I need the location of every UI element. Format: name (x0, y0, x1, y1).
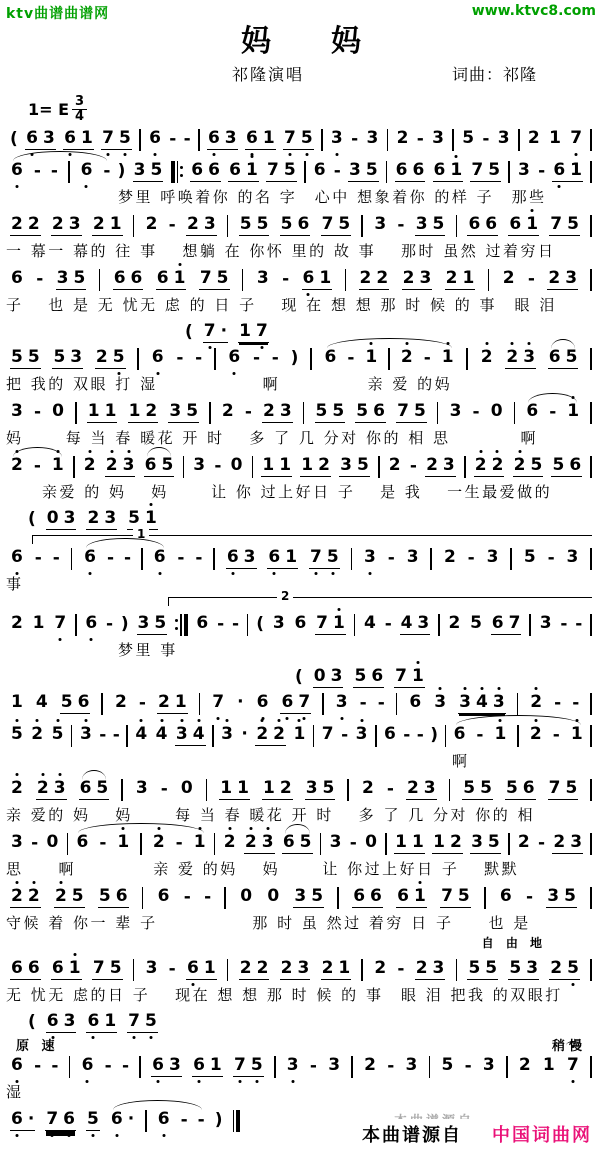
note-digit: 6 (434, 162, 446, 179)
octave-dot-above (534, 719, 537, 722)
note-group: 3 (363, 549, 377, 568)
note-group: 66 (10, 960, 41, 980)
note-digit: 5 (145, 1013, 157, 1030)
barline (452, 129, 454, 151)
note-digit: 3 (432, 130, 444, 147)
note-digit: 0 (46, 834, 58, 851)
note-digit: 7 (550, 216, 562, 233)
barline (252, 456, 254, 478)
barline (247, 614, 249, 636)
duration-dash: - (139, 695, 146, 712)
barline (590, 161, 592, 183)
note-group: 6 (83, 549, 97, 568)
note-digit: 3 (565, 270, 577, 287)
barline (337, 887, 339, 909)
lyrics-row: 湿 (0, 1081, 602, 1102)
note-digit: 5 (552, 457, 564, 474)
note-group: 23 (402, 270, 433, 290)
note-group: 0 (45, 834, 59, 853)
barline (456, 215, 458, 237)
slur-arc: 6-12-1 (75, 833, 206, 855)
note-digit: 3 (419, 270, 431, 287)
note-group: 75 (321, 216, 352, 236)
note-group: 6 (383, 726, 397, 745)
note-group: 6 (84, 615, 98, 634)
barline (590, 725, 592, 747)
note-digit: 6 (152, 1057, 164, 1074)
duration-dash: - (553, 727, 560, 744)
note-group: 75 (396, 403, 427, 423)
note-group: 2 (221, 403, 235, 422)
barline (126, 725, 128, 747)
note-digit: 6 (26, 130, 38, 147)
note-digit: 7 (256, 323, 268, 340)
notes-row: 3-06-12-1223653-01112352-23 (0, 830, 602, 857)
barline (345, 269, 347, 291)
barline (508, 833, 510, 855)
note-group: 65 (144, 457, 175, 477)
note-group: 17 (238, 323, 269, 343)
note-digit: 1 (301, 457, 313, 474)
note-group: 7 (53, 615, 67, 634)
duration-dash: - (272, 350, 279, 367)
duration-dash: - (538, 163, 545, 180)
phrase-paren: ( (28, 1014, 36, 1031)
score-system-1: (6361756--6361753-32-35-3217 (0, 126, 602, 153)
note-digit: 3 (54, 780, 66, 797)
note-digit: 6 (193, 1057, 205, 1074)
octave-dot-above (278, 719, 281, 722)
note-digit: 1 (194, 834, 206, 851)
note-group: 75 (101, 130, 132, 150)
octave-dot-below (575, 153, 578, 156)
note-digit: 1 (210, 1057, 222, 1074)
notes-row: 6-356661753-612223212-23 (0, 266, 602, 293)
note-digit: 2 (444, 549, 456, 566)
note-group: 66 (190, 162, 221, 182)
note-digit: 6 (509, 216, 521, 233)
note-digit: 5 (567, 216, 579, 233)
note-digit: 5 (11, 349, 23, 366)
octave-dot-below (158, 572, 161, 575)
barline (313, 725, 315, 747)
note-group: 2 (400, 349, 414, 368)
note-digit: 5 (462, 130, 474, 147)
note-digit: 2 (518, 834, 530, 851)
note-group: 4 (35, 694, 49, 713)
note-group: 5 (461, 130, 475, 149)
note-digit: 2 (530, 694, 542, 711)
note-group: 7 (566, 1057, 580, 1076)
octave-dot-below (154, 153, 157, 156)
source-row: 本曲谱源自 中国词曲网 (362, 1121, 592, 1147)
note-group: 22 (255, 726, 286, 746)
note-digit: 5 (566, 780, 578, 797)
note-digit: 2 (11, 216, 23, 233)
barline (214, 833, 216, 855)
note-digit: 3 (57, 270, 69, 287)
phrase-paren: ) (215, 1112, 223, 1129)
note-group: · (240, 726, 248, 745)
duration-dash: - (347, 350, 354, 367)
duration-dash: - (51, 1058, 58, 1075)
note-digit: 7 (128, 1013, 140, 1030)
note-digit: 6 (191, 162, 203, 179)
note-digit: 3 (349, 162, 361, 179)
source-site-link[interactable]: 中国词曲网 (492, 1121, 592, 1147)
note-group: 5 (51, 726, 65, 745)
note-group: 2 (373, 960, 387, 979)
repeat-dots (180, 166, 183, 177)
duration-dash: - (465, 1058, 472, 1075)
octave-dot-below (303, 717, 306, 720)
note-group: 2 (396, 130, 410, 149)
repeat-dot (180, 166, 183, 169)
note-group: 56 (98, 888, 129, 908)
note-group: 75 (127, 1013, 158, 1033)
note-digit: 1 (285, 549, 297, 566)
note-digit: 6 (297, 216, 309, 233)
note-group: 2 (480, 349, 494, 368)
barline (183, 456, 185, 478)
note-group: 25 (513, 457, 544, 477)
barline (133, 215, 135, 237)
note-digit: 5 (52, 726, 64, 743)
note-group: 3 (286, 1057, 300, 1076)
note-group: 3 (365, 130, 379, 149)
octave-dot-above (249, 827, 252, 830)
note-group: 3 (272, 615, 286, 634)
barline (209, 402, 211, 424)
barline (590, 348, 592, 370)
note-group: 23 (262, 403, 293, 423)
lyrics-row: 把 我的 双眼 打 湿 啊 亲 爱 的妈 (0, 373, 602, 394)
barline (506, 1056, 508, 1078)
duration-dash: - (99, 727, 106, 744)
octave-dot-below (191, 983, 194, 986)
duration-dash: - (397, 217, 404, 234)
octave-dot-above (56, 450, 59, 453)
barline (212, 725, 214, 747)
lyrics-row: 子 也 是 无 忧无 虑 的 日 子 现 在 想 想 那 时 候 的 事 眼 泪 (0, 294, 602, 315)
octave-dot-above (499, 719, 502, 722)
note-group: 56 (551, 457, 582, 477)
duration-dash: - (476, 727, 483, 744)
note-digit: · (237, 694, 243, 711)
note-digit: 2 (475, 457, 487, 474)
note-digit: 5 (338, 216, 350, 233)
note-digit: 2 (145, 403, 157, 420)
score-system-12: 223653-01112352-23555675亲 爱的 妈 妈 每 当 春 暖… (0, 776, 602, 825)
note-digit: 6 (370, 888, 382, 905)
duration-dash: - (482, 131, 489, 148)
lyrics-row: 啊 (0, 750, 602, 771)
note-group: 67 (280, 694, 311, 714)
note-digit: 6 (145, 457, 157, 474)
octave-dot-above (15, 881, 18, 884)
note-digit: 0 (365, 834, 377, 851)
note-group: 55 (10, 349, 41, 369)
source-label: 本曲谱源自 (362, 1121, 462, 1147)
octave-dot-below (340, 717, 343, 720)
note-group: 75 (233, 1057, 264, 1077)
barline (445, 725, 447, 747)
note-group: 35 (339, 457, 370, 477)
note-digit: 7 (471, 162, 483, 179)
note-group: 1 (193, 834, 207, 853)
note-digit: 0 (267, 888, 279, 905)
notes-row: 6--6-)356661756-356661753-61 (0, 158, 602, 185)
note-group: 3 (355, 726, 369, 745)
octave-dot-above (127, 450, 130, 453)
notes-row: 2225566--00356661756-35 (0, 884, 602, 911)
note-digit: 2 (360, 270, 372, 287)
barline (517, 725, 519, 747)
octave-dot-above (59, 881, 62, 884)
note-digit: 7 (310, 549, 322, 566)
note-digit: 2 (446, 270, 458, 287)
meter-denominator: 4 (72, 110, 87, 124)
octave-dot-below (115, 1134, 118, 1137)
note-group: 1 (292, 726, 306, 745)
note-digit: 1 (239, 323, 251, 340)
octave-dot-above (439, 687, 442, 690)
lyrics-row: 亲爱 的 妈 妈 让 你 过上好日 子 是 我 一生最爱做的 (0, 481, 602, 502)
note-digit: 2 (11, 780, 23, 797)
note-digit: 6 (11, 1057, 23, 1074)
note-digit: 1 (395, 834, 407, 851)
note-digit: 2 (403, 270, 415, 287)
score-system-10: (03567114562-217·6673--633432-- (0, 665, 602, 717)
note-digit: 6 (314, 162, 326, 179)
score-system-7: 2-1223653-01112352-23222556亲爱 的 妈 妈 让 你 … (0, 453, 602, 502)
note-digit: 3 (225, 130, 237, 147)
octave-dot-above (140, 719, 143, 722)
barline (466, 348, 468, 370)
duration-dash: - (198, 1112, 205, 1129)
note-group: 6 (195, 615, 209, 634)
note-digit: 7 (395, 668, 407, 685)
note-digit: 2 (37, 780, 49, 797)
note-digit: 7 (102, 130, 114, 147)
octave-dot-above (511, 342, 514, 345)
duration-dash: - (181, 1112, 188, 1129)
note-group: 3 (10, 403, 24, 422)
note-group: 63 (46, 1013, 77, 1033)
note-group: 2 (152, 834, 166, 853)
note-digit: 5 (311, 888, 323, 905)
note-group: 65 (548, 349, 579, 369)
note-group: 12 (432, 834, 463, 854)
note-digit: 6 (281, 694, 293, 711)
note-group: 61 (396, 888, 427, 908)
note-digit: 6 (80, 780, 92, 797)
note-digit: 3 (459, 694, 471, 711)
note-digit: 4 (364, 615, 376, 632)
duration-dash: - (403, 727, 410, 744)
duration-dash: - (99, 835, 106, 852)
note-digit: 3 (416, 216, 428, 233)
barline (529, 614, 531, 636)
slur-arc: 6-1 (525, 403, 580, 422)
duration-dash: - (107, 550, 114, 567)
note-group: 5 (440, 1057, 454, 1076)
note-digit: 6 (76, 834, 88, 851)
octave-dot-above (464, 687, 467, 690)
note-digit: 1 (365, 349, 377, 366)
note-group: 35 (293, 888, 324, 908)
score-system-15: 6661753-612223212-23555325无 忧无 虑的日 子 现在 … (0, 956, 602, 1005)
note-digit: 3 (64, 1013, 76, 1030)
barline (508, 161, 510, 183)
note-digit: 4 (193, 726, 205, 743)
note-group: 23 (280, 960, 311, 980)
note-group: 66 (467, 216, 498, 236)
note-digit: 1 (543, 1057, 555, 1074)
note-digit: 3 (134, 162, 146, 179)
note-digit: 5 (87, 1111, 99, 1128)
note-digit: 2 (187, 216, 199, 233)
note-group: 0 (230, 457, 244, 476)
note-digit: 6 (384, 726, 396, 743)
note-group: 3 (486, 549, 500, 568)
barline (438, 614, 440, 636)
note-digit: 6 (549, 349, 561, 366)
note-digit: 5 (366, 162, 378, 179)
note-digit: 4 (156, 726, 168, 743)
octave-dot-below (291, 1080, 294, 1083)
duration-dash: - (341, 727, 348, 744)
note-digit: 6 (492, 615, 504, 632)
octave-dot-above (575, 719, 578, 722)
barline (142, 887, 144, 909)
note-digit: 5 (281, 216, 293, 233)
note-digit: 2 (376, 270, 388, 287)
duration-dash: - (106, 616, 113, 633)
octave-dot-below (273, 572, 276, 575)
barline (214, 348, 216, 370)
note-group: 6· (110, 1111, 135, 1130)
octave-dot-below (571, 1080, 574, 1083)
note-digit: 0 (47, 510, 59, 527)
note-digit: 1 (412, 834, 424, 851)
note-digit: 3 (204, 216, 216, 233)
octave-dot-above (56, 719, 59, 722)
note-digit: 5 (564, 888, 576, 905)
barline (590, 693, 592, 715)
note-group: 55 (239, 216, 270, 236)
note-digit: 7 (322, 726, 334, 743)
note-group: 1 (364, 349, 378, 368)
duration-dash: - (360, 695, 367, 712)
phrase-paren: ) (291, 350, 299, 367)
note-digit: 3 (443, 457, 455, 474)
barline (590, 1056, 592, 1078)
note-digit: 5 (354, 668, 366, 685)
duration-dash: - (538, 835, 545, 852)
note-group: 25 (95, 349, 126, 369)
note-digit: 3 (11, 403, 23, 420)
barline (139, 1056, 141, 1078)
barline (590, 887, 592, 909)
barline (304, 161, 306, 183)
note-digit: 7 (441, 888, 453, 905)
octave-dot-above (497, 687, 500, 690)
duration-dash: - (53, 550, 60, 567)
note-digit: 6 (196, 615, 208, 632)
phrase-paren: ( (10, 131, 18, 148)
notes-row: 6661753-612223212-23555325 (0, 956, 602, 983)
note-digit: 1 (237, 780, 249, 797)
barline (590, 779, 592, 801)
note-digit: 2 (153, 834, 165, 851)
octave-dot-above (261, 719, 264, 722)
note-digit: 6 (500, 888, 512, 905)
note-group: 0 (490, 403, 504, 422)
note-group: 65 (282, 834, 313, 854)
note-group: 3 (517, 162, 531, 181)
octave-dot-below (86, 1080, 89, 1083)
duration-dash: - (549, 404, 556, 421)
note-group: 5 (523, 549, 537, 568)
note-group: 61 (552, 162, 583, 182)
barline (139, 129, 141, 151)
note-digit: 3 (493, 694, 505, 711)
note-group: 75 (199, 270, 230, 290)
note-group: 2 (10, 615, 24, 634)
note-group: 22 (239, 960, 270, 980)
note-digit: 5 (301, 130, 313, 147)
slur-arc: 6-12-1 (453, 725, 584, 747)
lyrics-row: 梦里 呼唤着你 的名 字 心中 想象着你 的样 子 那些 (0, 186, 602, 207)
note-digit: 6 (63, 1111, 75, 1128)
note-digit: 6 (373, 403, 385, 420)
footer-ghost-text: 本曲谱源自 (362, 1110, 474, 1119)
duration-dash: - (34, 1058, 41, 1075)
note-digit: 2 (281, 960, 293, 977)
note-digit: 1 (129, 403, 141, 420)
note-group: 23 (244, 834, 275, 854)
end-repeat-barline (175, 614, 188, 636)
score-system-5: (7·175553256--6--)6-12-122365把 我的 双眼 打 湿… (0, 320, 602, 394)
barline (590, 833, 592, 855)
note-group: 23 (547, 270, 578, 290)
note-digit: 1 (11, 694, 23, 711)
note-digit: 6 (412, 162, 424, 179)
lyrics-row: 守候 着 你一 辈 子 那 时 虽 然过 着穷 日 子 也 是 (0, 912, 602, 933)
note-digit: 2 (263, 403, 275, 420)
note-digit: 0 (231, 457, 243, 474)
note-digit: 3 (176, 726, 188, 743)
octave-dot-above (446, 342, 449, 345)
note-digit: 5 (161, 457, 173, 474)
note-group: 4 (363, 615, 377, 634)
octave-dot-below (255, 1080, 258, 1083)
note-digit: 5 (488, 834, 500, 851)
octave-dot-below (149, 1036, 152, 1039)
octave-dot-above (298, 719, 301, 722)
note-group: 3 (327, 1057, 341, 1076)
slur-arc: 6--6 (83, 548, 166, 570)
note-digit: 5 (110, 960, 122, 977)
note-group: 21 (445, 270, 476, 290)
note-digit: 3 (406, 1057, 418, 1074)
note-digit: 3 (70, 349, 82, 366)
fermata-icon (566, 1041, 580, 1050)
octave-dot-below (85, 185, 88, 188)
note-group: 21 (157, 694, 188, 714)
note-digit: 4 (401, 615, 413, 632)
